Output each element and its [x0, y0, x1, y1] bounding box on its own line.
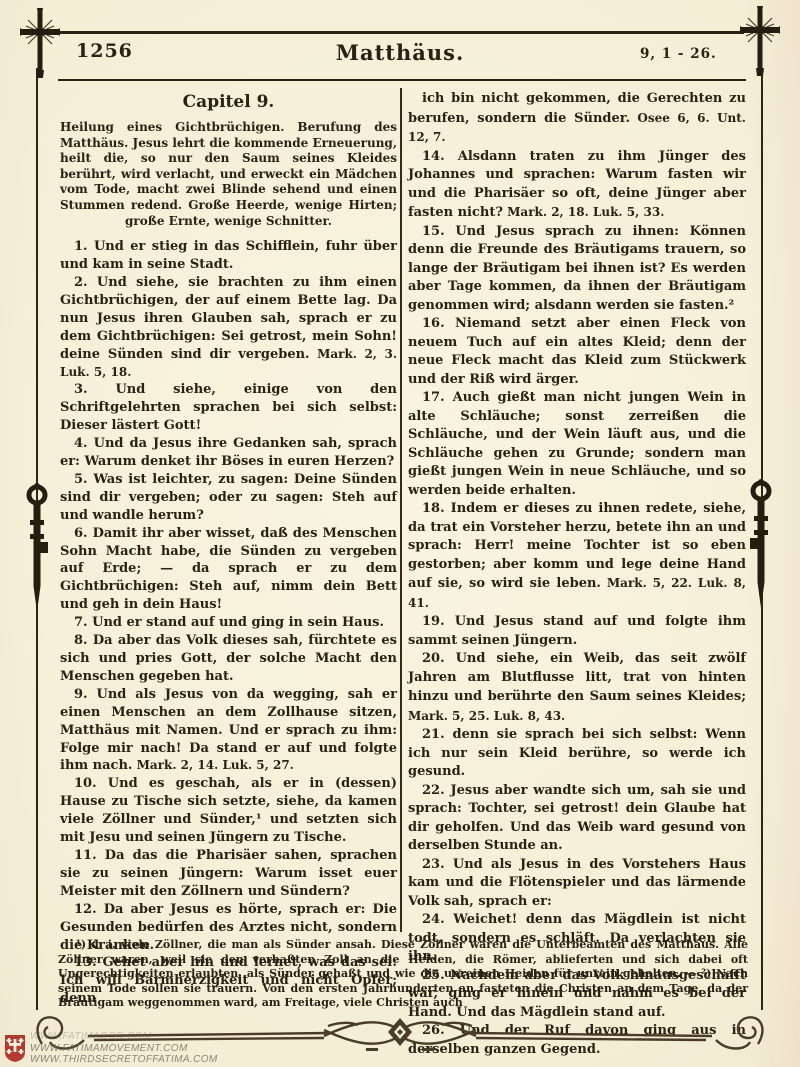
verse-number: 9.	[74, 687, 96, 702]
verses-right: ich bin nicht gekommen, die Gerechten zu…	[408, 90, 746, 1059]
verse-number: 24.	[422, 912, 453, 927]
verse: 5. Was ist leichter, zu sagen: Deine Sün…	[60, 471, 397, 525]
verse-number: 11.	[74, 848, 105, 863]
verse: 15. Und Jesus sprach zu ihnen: Können de…	[408, 223, 746, 316]
verse-range: 9, 1 - 26.	[640, 46, 717, 62]
cross-reference: Mark. 5, 22. Luk. 8, 41.	[408, 576, 746, 610]
verse: 19. Und Jesus stand auf und folgte ihm s…	[408, 613, 746, 650]
key-ornament-icon	[748, 478, 774, 610]
watermark-line: WWW.THIRDSECRETOFFATIMA.COM	[30, 1054, 218, 1066]
verse: 20. Und siehe, ein Weib, das seit zwölf …	[408, 650, 746, 726]
verse-number: 21.	[422, 727, 453, 742]
chapter-summary: Heilung eines Gichtbrüchigen. Berufung d…	[60, 120, 397, 229]
verse: 16. Niemand setzt aber einen Fleck von n…	[408, 315, 746, 389]
verse: 2. Und siehe, sie brachten zu ihm einen …	[60, 274, 397, 381]
verse-number: 8.	[74, 633, 93, 648]
verse: 22. Jesus aber wandte sich um, sah sie u…	[408, 782, 746, 856]
verse-number: 22.	[422, 783, 450, 798]
verse-number: 2.	[74, 275, 97, 290]
header-rule	[58, 79, 746, 81]
column-divider-rule	[400, 88, 402, 932]
verse-number: 23.	[422, 857, 453, 872]
watermark-line: WWW.FATIMAMOVEMENT.COM	[30, 1043, 218, 1055]
verse: ich bin nicht gekommen, die Gerechten zu…	[408, 90, 746, 148]
chapter-heading: Capitel 9.	[60, 92, 397, 112]
verse: 3. Und siehe, einige von den Schriftgele…	[60, 381, 397, 435]
verse: 14. Alsdann traten zu ihm Jünger des Joh…	[408, 148, 746, 223]
cross-reference: Mark. 5, 25. Luk. 8, 43.	[408, 709, 565, 723]
verse-number: 14.	[422, 149, 458, 164]
verse: 8. Da aber das Volk dieses sah, fürchtet…	[60, 632, 397, 686]
verse: 4. Und da Jesus ihre Gedanken sah, sprac…	[60, 435, 397, 471]
verse: 21. denn sie sprach bei sich selbst: Wen…	[408, 726, 746, 782]
cross-reference: Osee 6, 6. Unt. 12, 7.	[408, 111, 746, 145]
verse-number: 7.	[74, 615, 92, 630]
verse: 10. Und es geschah, als er in (dessen) H…	[60, 775, 397, 847]
verse-number: 18.	[422, 501, 451, 516]
verse-number: 4.	[74, 436, 94, 451]
verse: 7. Und er stand auf und ging in sein Hau…	[60, 614, 397, 632]
verse: 9. Und als Jesus von da wegging, sah er …	[60, 686, 397, 776]
verse: 1. Und er stieg in das Schifflein, fuhr …	[60, 238, 397, 274]
cross-reference: Mark. 2, 14. Luk. 5, 27.	[132, 758, 293, 772]
cross-reference: Mark. 2, 3. Luk. 5, 18.	[60, 347, 397, 379]
verse-number: 17.	[422, 390, 453, 405]
verse: 6. Damit ihr aber wisset, daß des Mensch…	[60, 525, 397, 615]
watermarks: WWW.FATIMAGOD.COM WWW.FATIMAMOVEMENT.COM…	[30, 1031, 218, 1066]
verse: 17. Auch gießt man nicht jungen Wein in …	[408, 389, 746, 500]
verse-number: 10.	[74, 776, 108, 791]
verse: 18. Indem er dieses zu ihnen redete, sie…	[408, 500, 746, 613]
verse-number: 20.	[422, 651, 456, 666]
bible-page: 1256 Matthäus. 9, 1 - 26. Capitel 9. Hei…	[0, 0, 800, 1067]
verses-left: 1. Und er stieg in das Schifflein, fuhr …	[60, 238, 397, 1008]
shield-logo-icon	[4, 1034, 26, 1063]
left-column: Capitel 9. Heilung eines Gichtbrüchigen.…	[60, 90, 397, 1008]
verse-number: 1.	[74, 239, 94, 254]
verse-number: 19.	[422, 614, 455, 629]
verse-number: 12.	[74, 902, 104, 917]
verse: 11. Da das die Pharisäer sahen, sprachen…	[60, 847, 397, 901]
top-border-rule	[58, 31, 744, 34]
cross-reference: Mark. 2, 18. Luk. 5, 33.	[503, 205, 664, 219]
verse-number: 3.	[74, 382, 115, 397]
verse: 23. Und als Jesus in des Vorstehers Haus…	[408, 856, 746, 912]
verse-number: 6.	[74, 526, 93, 541]
watermark-line: WWW.FATIMAGOD.COM	[30, 1031, 218, 1043]
key-ornament-icon	[24, 482, 50, 614]
right-column: ich bin nicht gekommen, die Gerechten zu…	[408, 90, 746, 1059]
verse-number: 5.	[74, 472, 93, 487]
verse-number: 15.	[422, 224, 455, 239]
verse-number: 16.	[422, 316, 455, 331]
